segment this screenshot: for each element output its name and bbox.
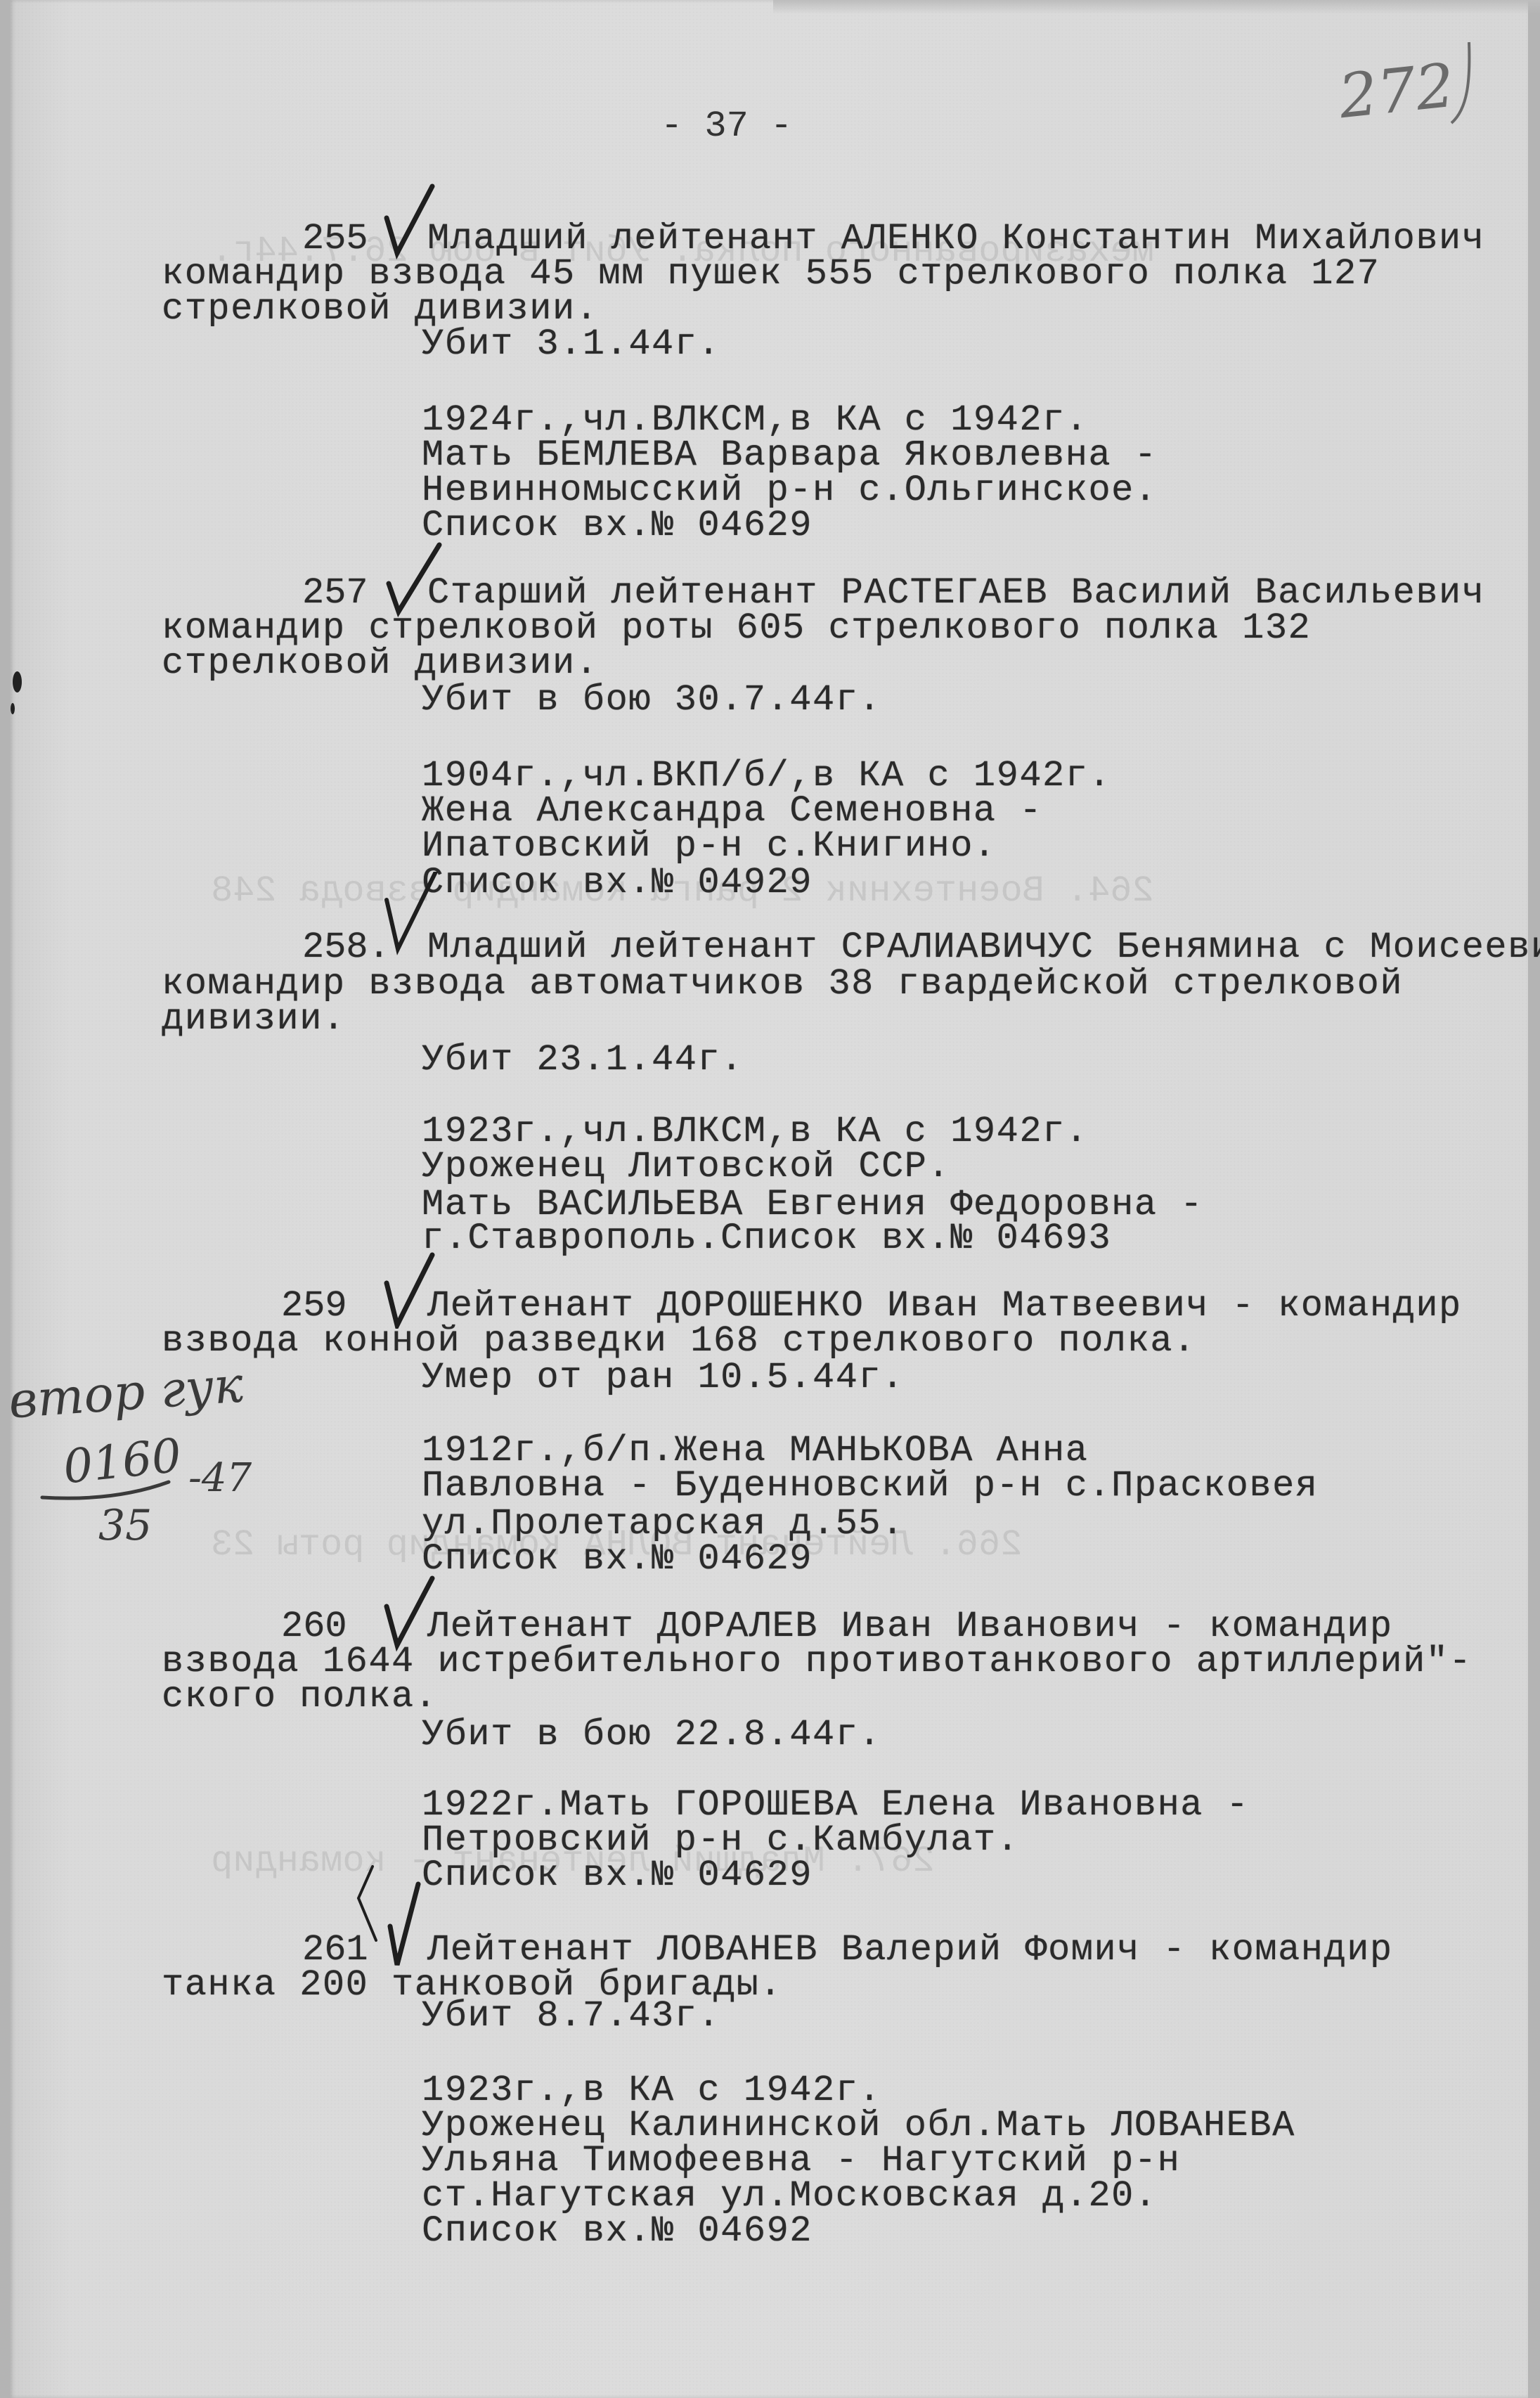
entry-list-ref: Список вх.№ 04629: [422, 1540, 813, 1579]
entry-rank-name: Младший лейтенант СРАЛИАВИЧУС Бенямина с…: [427, 928, 1540, 967]
entry-number: 258.: [302, 928, 390, 967]
entry-list-ref: Список вх.№ 04929: [422, 863, 813, 903]
entry-death: Умер от ран 10.5.44г.: [422, 1358, 905, 1398]
sheet-number-bracket-mark: [1448, 39, 1476, 130]
entry-unit: дивизии.: [162, 1000, 346, 1039]
entry-death: Убит 8.7.43г.: [422, 1997, 720, 2036]
entry-detail: Павловна - Буденновский р-н с.Прасковея: [422, 1466, 1319, 1506]
margin-annotation-denominator: 35: [98, 1501, 152, 1550]
ink-blot: [13, 671, 22, 692]
entry-list-ref: Список вх.№ 04692: [422, 2212, 813, 2251]
entry-detail: Ипатовский р-н с.Книгино.: [422, 827, 997, 866]
entry-death: Убит 3.1.44г.: [422, 325, 720, 364]
entry-detail: г.Ставрополь.Список вх.№ 04693: [422, 1219, 1111, 1258]
entry-unit: командир взвода автоматчиков 38 гвардейс…: [162, 965, 1403, 1004]
page-edge-shadow: [773, 0, 1540, 14]
page-number: - 37 -: [661, 105, 792, 147]
fraction-line: [39, 1476, 172, 1504]
margin-annotation-suffix: -47: [188, 1455, 252, 1501]
entry-unit: ского полка.: [162, 1677, 437, 1717]
entry-list-ref: Список вх.№ 04629: [422, 506, 813, 546]
entry-death: Убит в бою 22.8.44г.: [422, 1715, 881, 1755]
entry-unit: взвода конной разведки 168 стрелкового п…: [162, 1322, 1196, 1361]
entry-unit: стрелковой дивизии.: [162, 644, 598, 683]
entry-death: Убит 23.1.44г.: [422, 1040, 744, 1080]
archive-sheet-number: 272: [1335, 51, 1458, 133]
ink-blot: [11, 703, 15, 714]
entry-list-ref: Список вх.№ 04629: [422, 1856, 813, 1895]
entry-detail: Уроженец Литовской ССР.: [422, 1147, 950, 1187]
entry-death: Убит в бою 30.7.44г.: [422, 681, 881, 720]
